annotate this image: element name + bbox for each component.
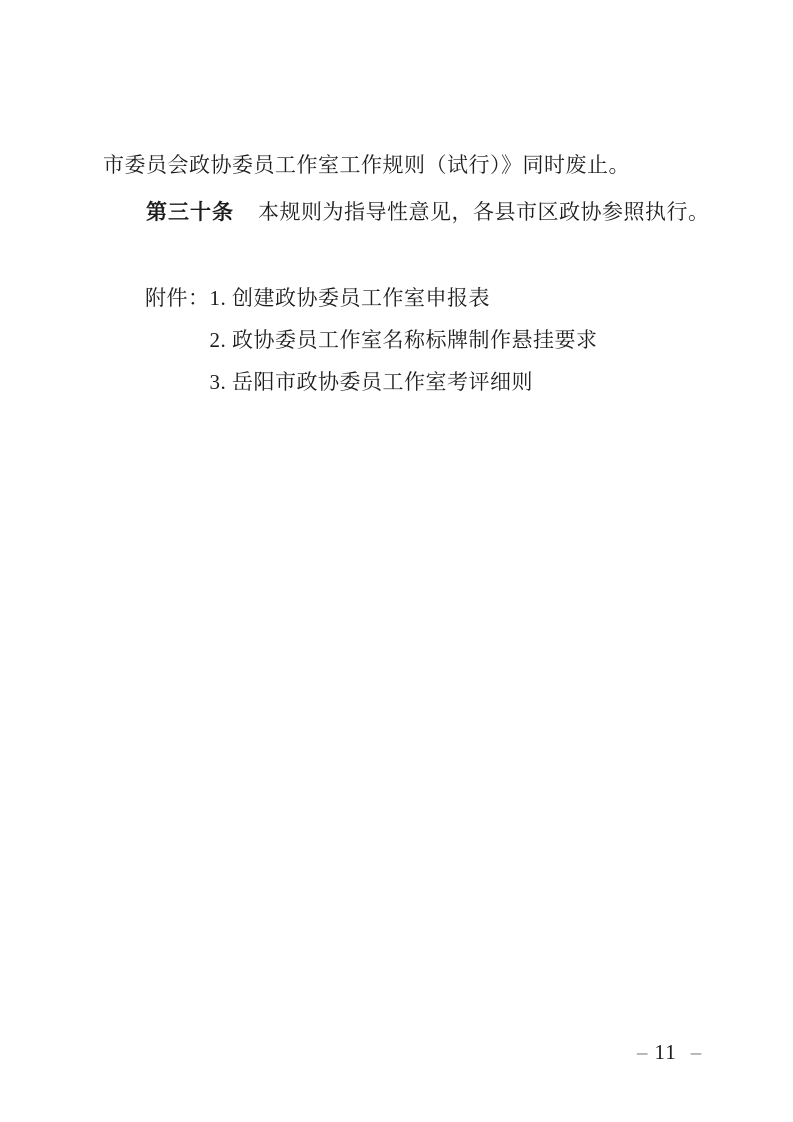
paragraph-article-30: 第三十条本规则为指导性意见，各县市区政协参照执行。 [146,199,710,226]
article-30-text: 本规则为指导性意见，各县市区政协参照执行。 [258,200,710,224]
attachment-item-2: 2. 政协委员工作室名称标牌制作悬挂要求 [210,329,598,352]
page-number-value: 11 [655,1040,677,1065]
page-number-dash-left: – [637,1040,648,1065]
attachments-block: 附件： 1. 创建政协委员工作室申报表 2. 政协委员工作室名称标牌制作悬挂要求… [145,287,598,394]
attachments-list: 1. 创建政协委员工作室申报表 2. 政协委员工作室名称标牌制作悬挂要求 3. … [210,287,598,394]
attachments-label: 附件： [145,287,210,310]
page-number-dash-right: – [691,1040,702,1065]
article-30-label: 第三十条 [146,201,234,224]
document-page: 市委员会政协委员工作室工作规则（试行）》同时废止。 第三十条本规则为指导性意见，… [0,0,793,1122]
attachment-item-3: 3. 岳阳市政协委员工作室考评细则 [210,371,598,394]
page-number: – 11 – [637,1040,701,1065]
paragraph-continuation: 市委员会政协委员工作室工作规则（试行）》同时废止。 [103,152,630,178]
attachment-item-1: 1. 创建政协委员工作室申报表 [210,287,598,310]
